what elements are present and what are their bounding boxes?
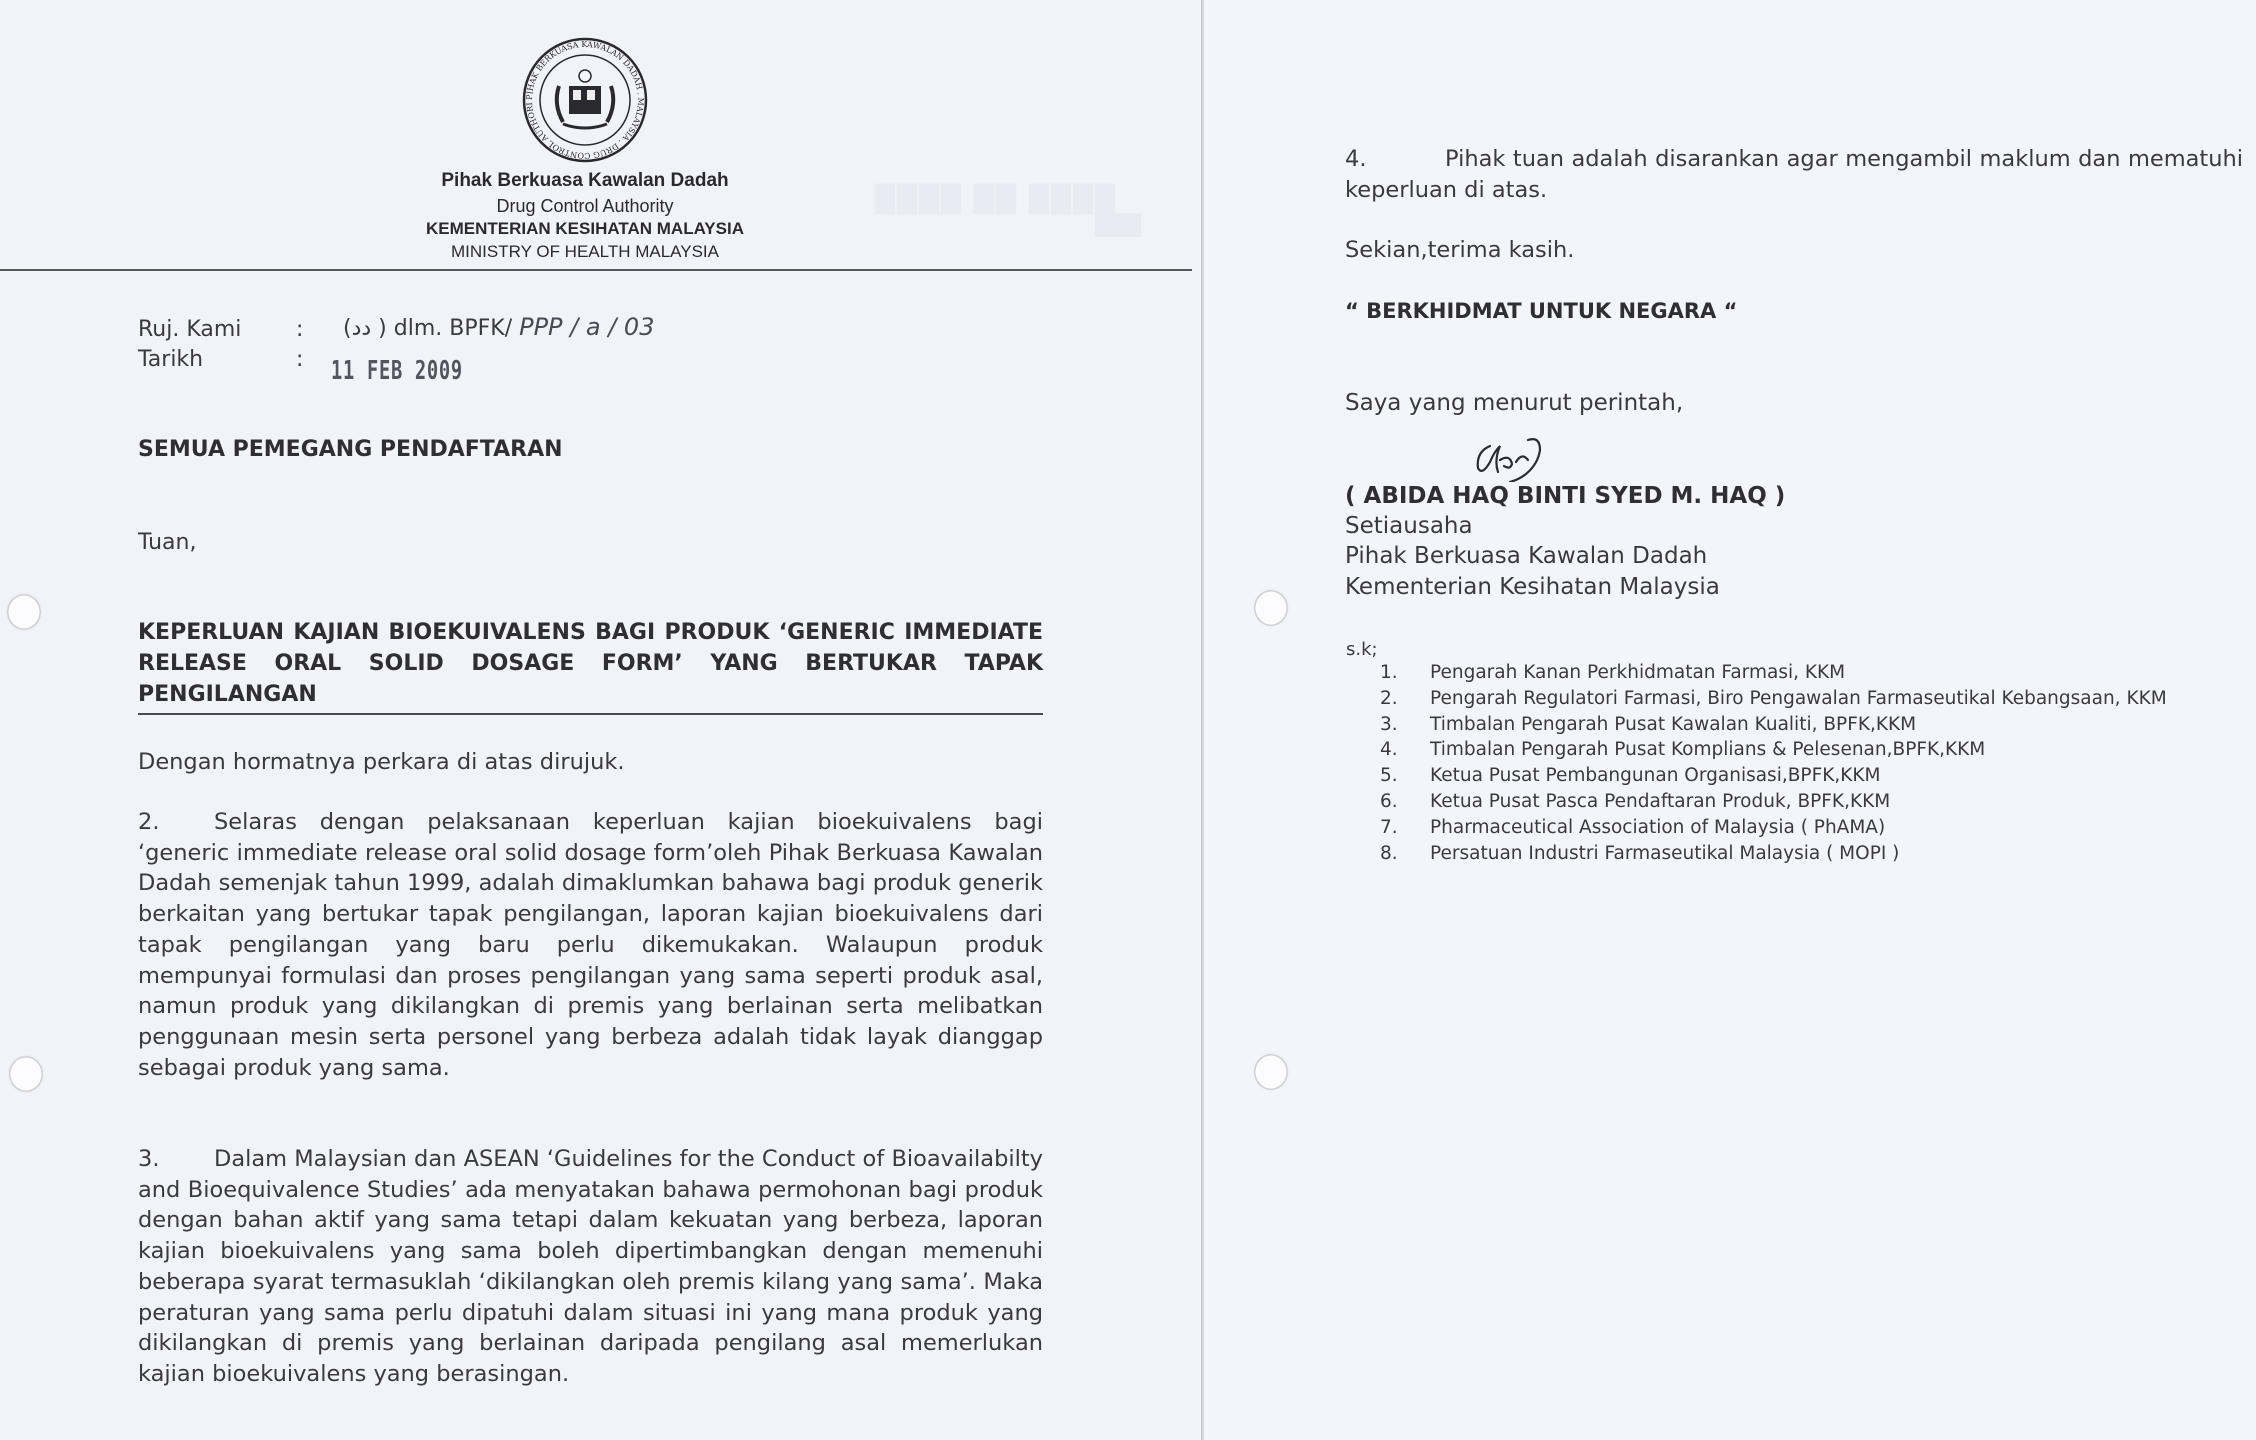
faint-bleed-through-mark: ████ ██ ████ xyxy=(875,185,1117,215)
cc-item: 5.Ketua Pusat Pembangunan Organisasi,BPF… xyxy=(1380,763,2167,789)
reference-number-handwritten: PPP / a / 03 xyxy=(519,313,654,341)
cc-item: 6.Ketua Pusat Pasca Pendaftaran Produk, … xyxy=(1380,789,2167,815)
faint-bleed-through-mark: ███ xyxy=(1095,213,1141,237)
letterhead-divider xyxy=(0,269,1192,271)
cc-item: 3.Timbalan Pengarah Pusat Kawalan Kualit… xyxy=(1380,712,2167,738)
paragraph-2: 2.Selaras dengan pelaksanaan keperluan k… xyxy=(138,807,1043,1083)
letterhead-ministry-english: MINISTRY OF HEALTH MALAYSIA xyxy=(285,242,885,262)
paragraph-3: 3.Dalam Malaysian dan ASEAN ‘Guidelines … xyxy=(138,1144,1043,1390)
punch-hole xyxy=(1254,590,1288,626)
letter-page-1: PIHAK BERKUASA KAWALAN DADAH . MALAYSIA … xyxy=(0,0,1201,1440)
closing-motto: “ BERKHIDMAT UNTUK NEGARA “ xyxy=(1345,299,1737,323)
reference-value: (دد ) dlm. BPFK/ PPP / a / 03 xyxy=(343,313,654,341)
signatory-title: Setiausaha xyxy=(1345,513,1473,539)
cc-item: 8.Persatuan Industri Farmaseutikal Malay… xyxy=(1380,841,2167,867)
signatory-name: ( ABIDA HAQ BINTI SYED M. HAQ ) xyxy=(1345,483,1785,509)
cc-item: 7.Pharmaceutical Association of Malaysia… xyxy=(1380,815,2167,841)
paragraph-number: 2. xyxy=(138,807,214,838)
paragraph-4: 4.Pihak tuan adalah disarankan agar meng… xyxy=(1345,144,2243,206)
letterhead-malay-name: Pihak Berkuasa Kawalan Dadah xyxy=(285,170,885,192)
date-colon: : xyxy=(296,347,303,372)
signatory-organisation: Pihak Berkuasa Kawalan Dadah xyxy=(1345,543,1707,569)
reference-number-printed: (دد ) dlm. BPFK/ xyxy=(343,316,512,341)
paragraph-number: 4. xyxy=(1345,144,1445,175)
closing-thanks: Sekian,terima kasih. xyxy=(1345,237,1574,263)
reference-colon: : xyxy=(296,317,303,342)
date-label: Tarikh xyxy=(138,347,203,372)
cc-item: 1.Pengarah Kanan Perkhidmatan Farmasi, K… xyxy=(1380,660,2167,686)
date-stamp: 11 FEB 2009 xyxy=(331,356,463,386)
paragraph-number: 3. xyxy=(138,1144,214,1175)
cc-item: 4.Timbalan Pengarah Pusat Komplians & Pe… xyxy=(1380,737,2167,763)
cc-label: s.k; xyxy=(1346,639,1378,660)
subject-heading: KEPERLUAN KAJIAN BIOEKUIVALENS BAGI PROD… xyxy=(138,617,1043,715)
punch-hole xyxy=(1254,1054,1288,1090)
cc-item: 2.Pengarah Regulatori Farmasi, Biro Peng… xyxy=(1380,686,2167,712)
salutation: Tuan, xyxy=(138,530,196,555)
letterhead-english-name: Drug Control Authority xyxy=(285,196,885,217)
by-order-line: Saya yang menurut perintah, xyxy=(1345,390,1683,416)
signatory-ministry: Kementerian Kesihatan Malaysia xyxy=(1345,574,1720,600)
punch-hole xyxy=(9,1056,43,1092)
punch-hole xyxy=(7,594,41,630)
reference-label: Ruj. Kami xyxy=(138,317,241,342)
drug-control-authority-seal-icon: PIHAK BERKUASA KAWALAN DADAH . MALAYSIA … xyxy=(521,36,649,164)
paragraph-1: Dengan hormatnya perkara di atas dirujuk… xyxy=(138,747,1043,778)
letterhead-ministry-malay: KEMENTERIAN KESIHATAN MALAYSIA xyxy=(285,219,885,239)
recipient: SEMUA PEMEGANG PENDAFTARAN xyxy=(138,437,563,462)
cc-list: 1.Pengarah Kanan Perkhidmatan Farmasi, K… xyxy=(1380,660,2167,866)
handwritten-signature-icon xyxy=(1470,432,1560,482)
